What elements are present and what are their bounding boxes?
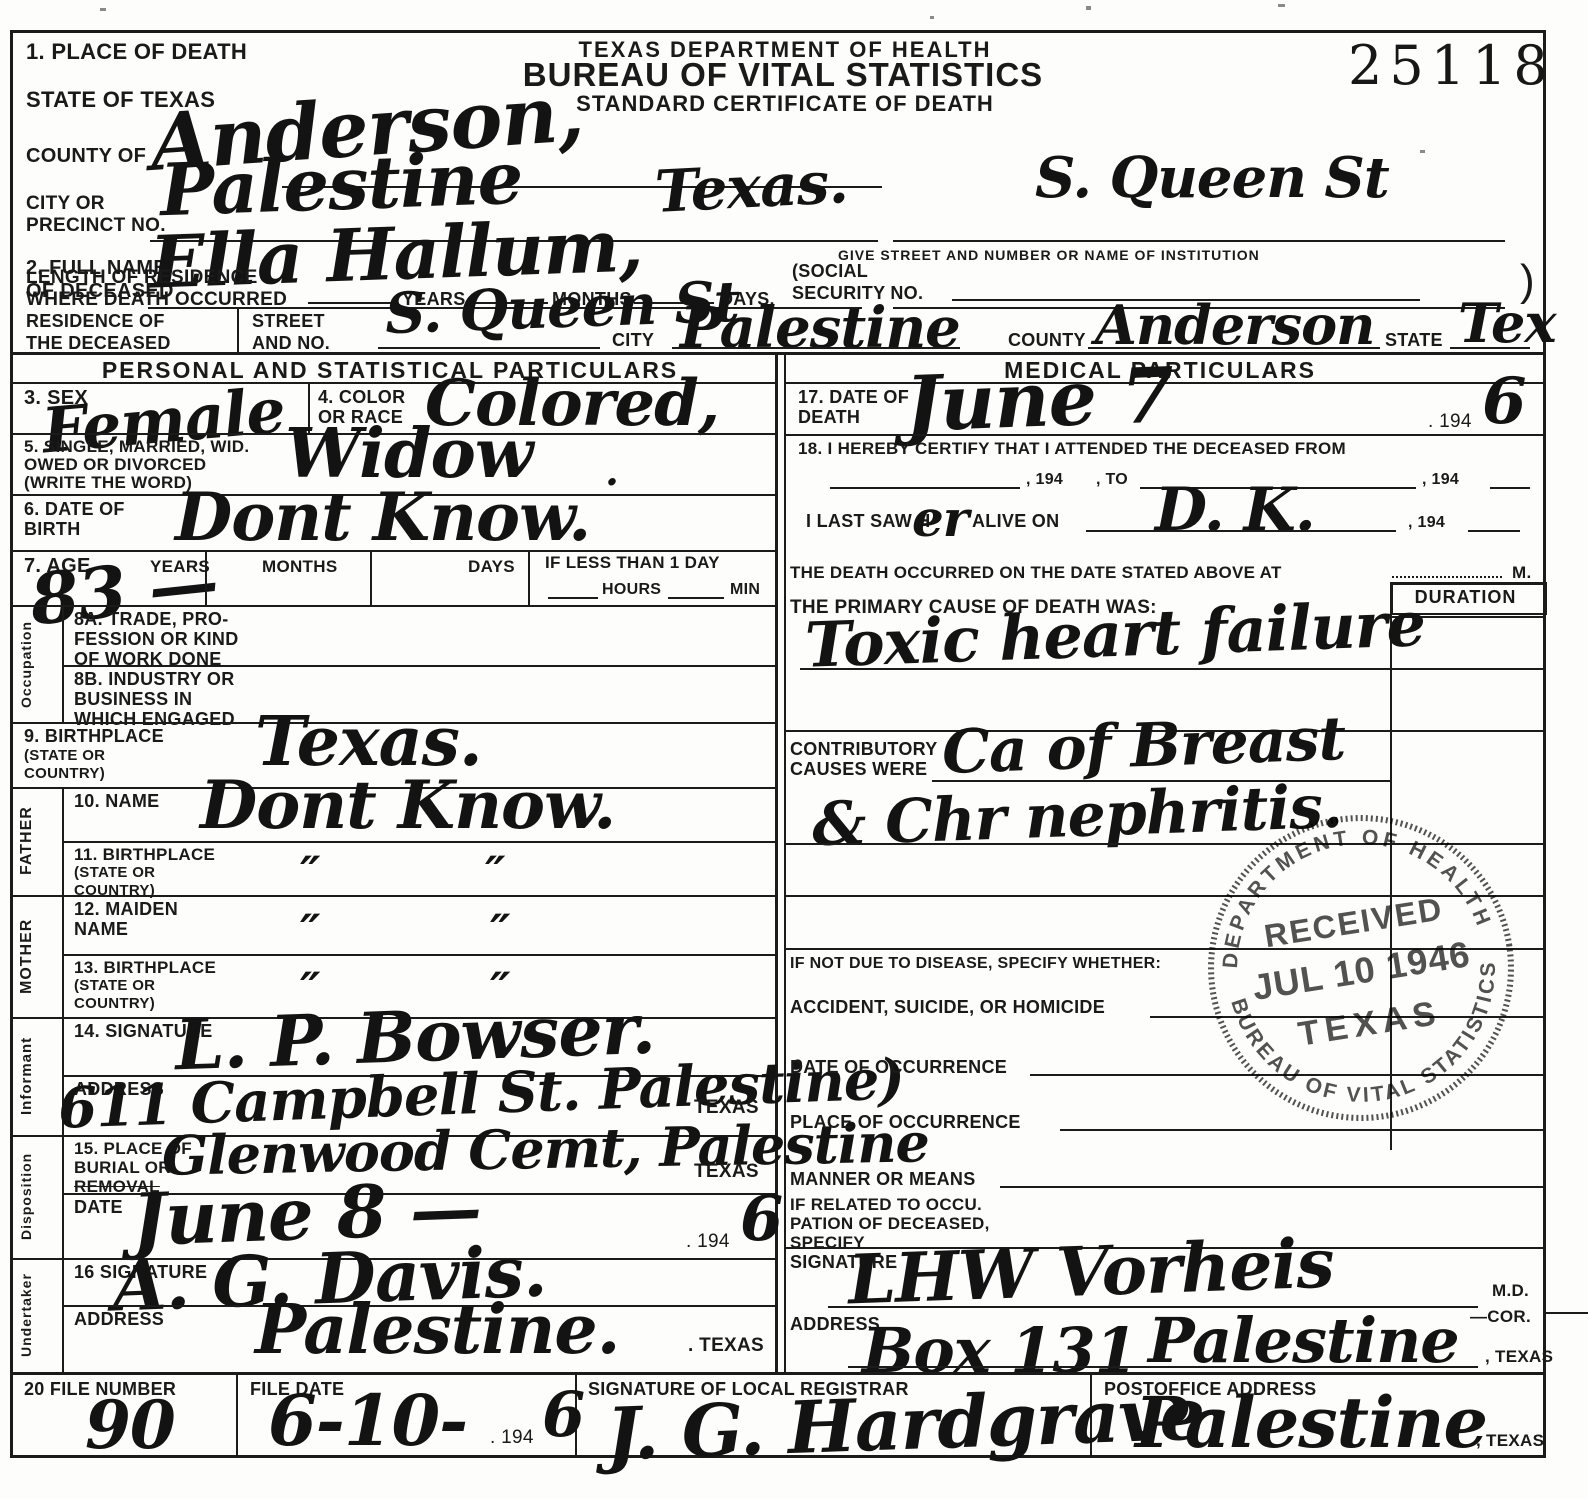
marital-period: .: [605, 452, 618, 492]
accident-label: ACCIDENT, SUICIDE, OR HOMICIDE: [790, 998, 1105, 1017]
burial-year-entry: 6: [740, 1188, 782, 1250]
informant-side-label: Informant: [18, 1022, 35, 1130]
contributory-label-2: CAUSES WERE: [790, 760, 927, 779]
father-name-label: 10. NAME: [74, 792, 159, 811]
rule: [205, 550, 207, 605]
residence-length-label-2: WHERE DEATH OCCURRED: [26, 290, 287, 310]
undertaker-address-entry: Palestine.: [255, 1296, 619, 1364]
min-label: MIN: [730, 582, 760, 599]
residence-state-entry: Tex: [1458, 296, 1556, 350]
rule: [308, 302, 396, 304]
related-occupation-label-1: IF RELATED TO OCCU.: [790, 1196, 982, 1214]
father-birthplace-ditto-1: ″: [300, 850, 320, 896]
rule: [236, 1372, 238, 1456]
death-year-printed: . 194: [1428, 412, 1472, 432]
undertaker-address-label: ADDRESS: [74, 1310, 164, 1329]
rule: [370, 550, 372, 605]
rule: [10, 30, 1546, 33]
rule: [10, 895, 775, 897]
rule: [848, 1366, 1478, 1368]
physician-state-label: , TEXAS: [1485, 1348, 1553, 1366]
city-or-label: CITY OR: [26, 194, 105, 214]
rule: [672, 347, 960, 349]
contributory-entry-1: Ca of Breast: [941, 709, 1346, 783]
death-occurred-label: THE DEATH OCCURRED ON THE DATE STATED AB…: [790, 564, 1282, 582]
rule: [1490, 487, 1530, 489]
rule: [1086, 530, 1396, 532]
from-year-label: , 194: [1026, 472, 1063, 489]
mother-birthplace-label-1: 13. BIRTHPLACE: [74, 959, 216, 977]
burial-date-label: DATE: [74, 1198, 123, 1217]
stamp-state-text: TEXAS: [1296, 994, 1444, 1054]
scan-speck: [1420, 150, 1425, 153]
postoffice-entry: Palestine: [1135, 1388, 1487, 1458]
dob-entry: Dont Know.: [175, 484, 590, 550]
father-birthplace-ditto-2: ″: [485, 850, 505, 896]
scan-speck: [930, 16, 934, 19]
to-year-label: , 194: [1422, 472, 1459, 489]
city-label: CITY: [612, 331, 654, 350]
rule: [1468, 530, 1520, 532]
place-of-death-label: 1. PLACE OF DEATH: [26, 40, 247, 63]
last-saw-her-entry: er: [912, 494, 968, 544]
trade-label-2: FESSION OR KIND: [74, 630, 239, 649]
death-year-entry: 6: [1482, 370, 1526, 434]
postoffice-state-label: , TEXAS: [1476, 1432, 1544, 1450]
rule: [62, 1258, 64, 1372]
residence-of-label-1: RESIDENCE OF: [26, 312, 165, 331]
mother-side-label: MOTHER: [18, 900, 36, 1012]
meridiem-label: M.: [1512, 564, 1531, 582]
date-of-death-entry: June 7: [904, 357, 1175, 442]
street-and-no-label-2: AND NO.: [252, 334, 330, 353]
rule: [800, 668, 1543, 670]
mother-birthplace-label-2: (STATE OR: [74, 978, 155, 994]
death-certificate: 1. PLACE OF DEATH TEXAS DEPARTMENT OF HE…: [0, 0, 1588, 1499]
age-years-label: YEARS: [150, 558, 210, 576]
state-entry: Texas.: [654, 153, 849, 221]
rule: [10, 30, 13, 1458]
manner-means-label: MANNER OR MEANS: [790, 1170, 976, 1189]
residence-county-entry: Anderson: [1095, 298, 1374, 352]
coroner-label: —COR.: [1470, 1308, 1531, 1326]
burial-state-label: TEXAS: [694, 1162, 759, 1182]
industry-label-1: 8B. INDUSTRY OR: [74, 670, 235, 689]
rule: [378, 347, 600, 349]
rule: [1000, 1186, 1543, 1188]
ssn-label-1: (SOCIAL: [792, 262, 868, 281]
father-side-label: FATHER: [18, 790, 36, 892]
certificate-number: 25118: [1348, 34, 1555, 97]
physician-address-entry-2: Palestine: [1148, 1310, 1459, 1372]
to-label: , TO: [1096, 472, 1128, 489]
age-days-label: DAYS: [468, 558, 515, 576]
marital-label-1: 5. SINGLE, MARRIED, WID.: [24, 438, 249, 456]
primary-cause-entry: Toxic heart failure: [804, 593, 1426, 677]
street-and-no-label-1: STREET: [252, 312, 325, 331]
industry-label-2: BUSINESS IN: [74, 690, 192, 709]
street-hint-label: GIVE STREET AND NUMBER OR NAME OF INSTIT…: [838, 248, 1260, 263]
rule: [62, 1135, 64, 1258]
birthplace-label-1: 9. BIRTHPLACE: [24, 727, 164, 746]
if-not-disease-label: IF NOT DUE TO DISEASE, SPECIFY WHETHER:: [790, 956, 1161, 973]
physician-signature-entry: LHW Vorheis: [847, 1230, 1335, 1315]
place-occurrence-label: PLACE OF OCCURRENCE: [790, 1113, 1021, 1132]
date-of-death-label-2: DEATH: [798, 408, 860, 427]
rule: [1450, 347, 1530, 349]
last-saw-label-2: ALIVE ON: [972, 512, 1059, 531]
disposition-side-label: Disposition: [18, 1138, 34, 1254]
residence-length-label-1: LENGTH OF RESIDENCE: [26, 268, 258, 288]
father-birthplace-label-1: 11. BIRTHPLACE: [74, 846, 215, 864]
file-year-entry: 6: [542, 1384, 584, 1446]
undertaker-state-label: . TEXAS: [688, 1336, 764, 1356]
file-number-entry: 90: [85, 1392, 175, 1458]
burial-label-2: BURIAL OR: [74, 1159, 171, 1177]
undertaker-side-label: Undertaker: [18, 1260, 34, 1370]
last-saw-year-label: , 194: [1408, 515, 1445, 532]
maiden-ditto-1: ″: [300, 908, 320, 954]
scan-speck: [1086, 6, 1091, 10]
contributory-label-1: CONTRIBUTORY: [790, 740, 938, 759]
marital-label-3: (WRITE THE WORD): [24, 474, 192, 492]
precinct-no-label: PRECINCT NO.: [26, 216, 166, 236]
street-entry: S. Queen St: [1035, 150, 1389, 206]
dob-label-2: BIRTH: [24, 520, 81, 539]
hours-label: HOURS: [602, 582, 661, 599]
maiden-ditto-2: ″: [490, 908, 510, 954]
father-birthplace-label-2: (STATE OR: [74, 865, 155, 881]
rule: [10, 1372, 1546, 1375]
rule: [62, 895, 64, 1017]
received-stamp: DEPARTMENT OF HEALTH BUREAU OF VITAL STA…: [1183, 790, 1540, 1147]
rule: [1392, 576, 1502, 578]
age-months-label: MONTHS: [262, 558, 337, 576]
rule: [10, 352, 1546, 355]
certify-label: 18. I HEREBY CERTIFY THAT I ATTENDED THE…: [798, 440, 1346, 458]
rule: [237, 308, 239, 352]
scan-speck: [100, 8, 106, 11]
county-label: COUNTY: [1008, 331, 1086, 350]
md-label: M.D.: [1492, 1282, 1529, 1300]
file-year-printed: . 194: [490, 1428, 534, 1448]
rule: [668, 597, 724, 599]
mother-birthplace-label-3: COUNTRY): [74, 996, 155, 1012]
birthplace-label-2: (STATE OR: [24, 748, 105, 764]
if-less-label: IF LESS THAN 1 DAY: [545, 554, 720, 572]
rule: [10, 605, 775, 607]
rule: [1088, 347, 1380, 349]
marital-label-2: OWED OR DIVORCED: [24, 456, 206, 474]
county-of-label: COUNTY OF: [26, 146, 146, 167]
rule: [548, 597, 598, 599]
rule: [62, 605, 64, 722]
birthplace-label-3: COUNTRY): [24, 766, 105, 782]
color-label-1: 4. COLOR: [318, 388, 405, 407]
father-name-entry: Dont Know.: [200, 772, 615, 838]
scan-speck: [1278, 4, 1285, 7]
burial-year-printed: . 194: [686, 1232, 730, 1252]
related-occupation-label-2: PATION OF DECEASED,: [790, 1215, 990, 1233]
date-of-death-label-1: 17. DATE OF: [798, 388, 909, 407]
trade-label-1: 8A. TRADE, PRO-: [74, 610, 229, 629]
rule: [1543, 30, 1546, 1458]
rule: [62, 841, 775, 843]
state-label: STATE: [1385, 331, 1443, 350]
date-occurrence-label: DATE OF OCCURRENCE: [790, 1058, 1007, 1077]
rule: [528, 550, 530, 605]
residence-of-label-2: THE DECEASED: [26, 334, 171, 353]
rule: [893, 240, 1505, 242]
certificate-title: STANDARD CERTIFICATE OF DEATH: [500, 92, 1070, 115]
rule: [62, 954, 775, 956]
rule: [786, 434, 1543, 436]
maiden-name-label-2: NAME: [74, 920, 128, 939]
rule: [62, 665, 775, 667]
file-date-entry: 6-10-: [268, 1386, 467, 1456]
dob-label-1: 6. DATE OF: [24, 500, 125, 519]
rule: [784, 352, 786, 1374]
maiden-name-label-1: 12. MAIDEN: [74, 900, 178, 919]
occupation-side-label: Occupation: [18, 608, 34, 720]
rule: [1546, 1312, 1588, 1314]
